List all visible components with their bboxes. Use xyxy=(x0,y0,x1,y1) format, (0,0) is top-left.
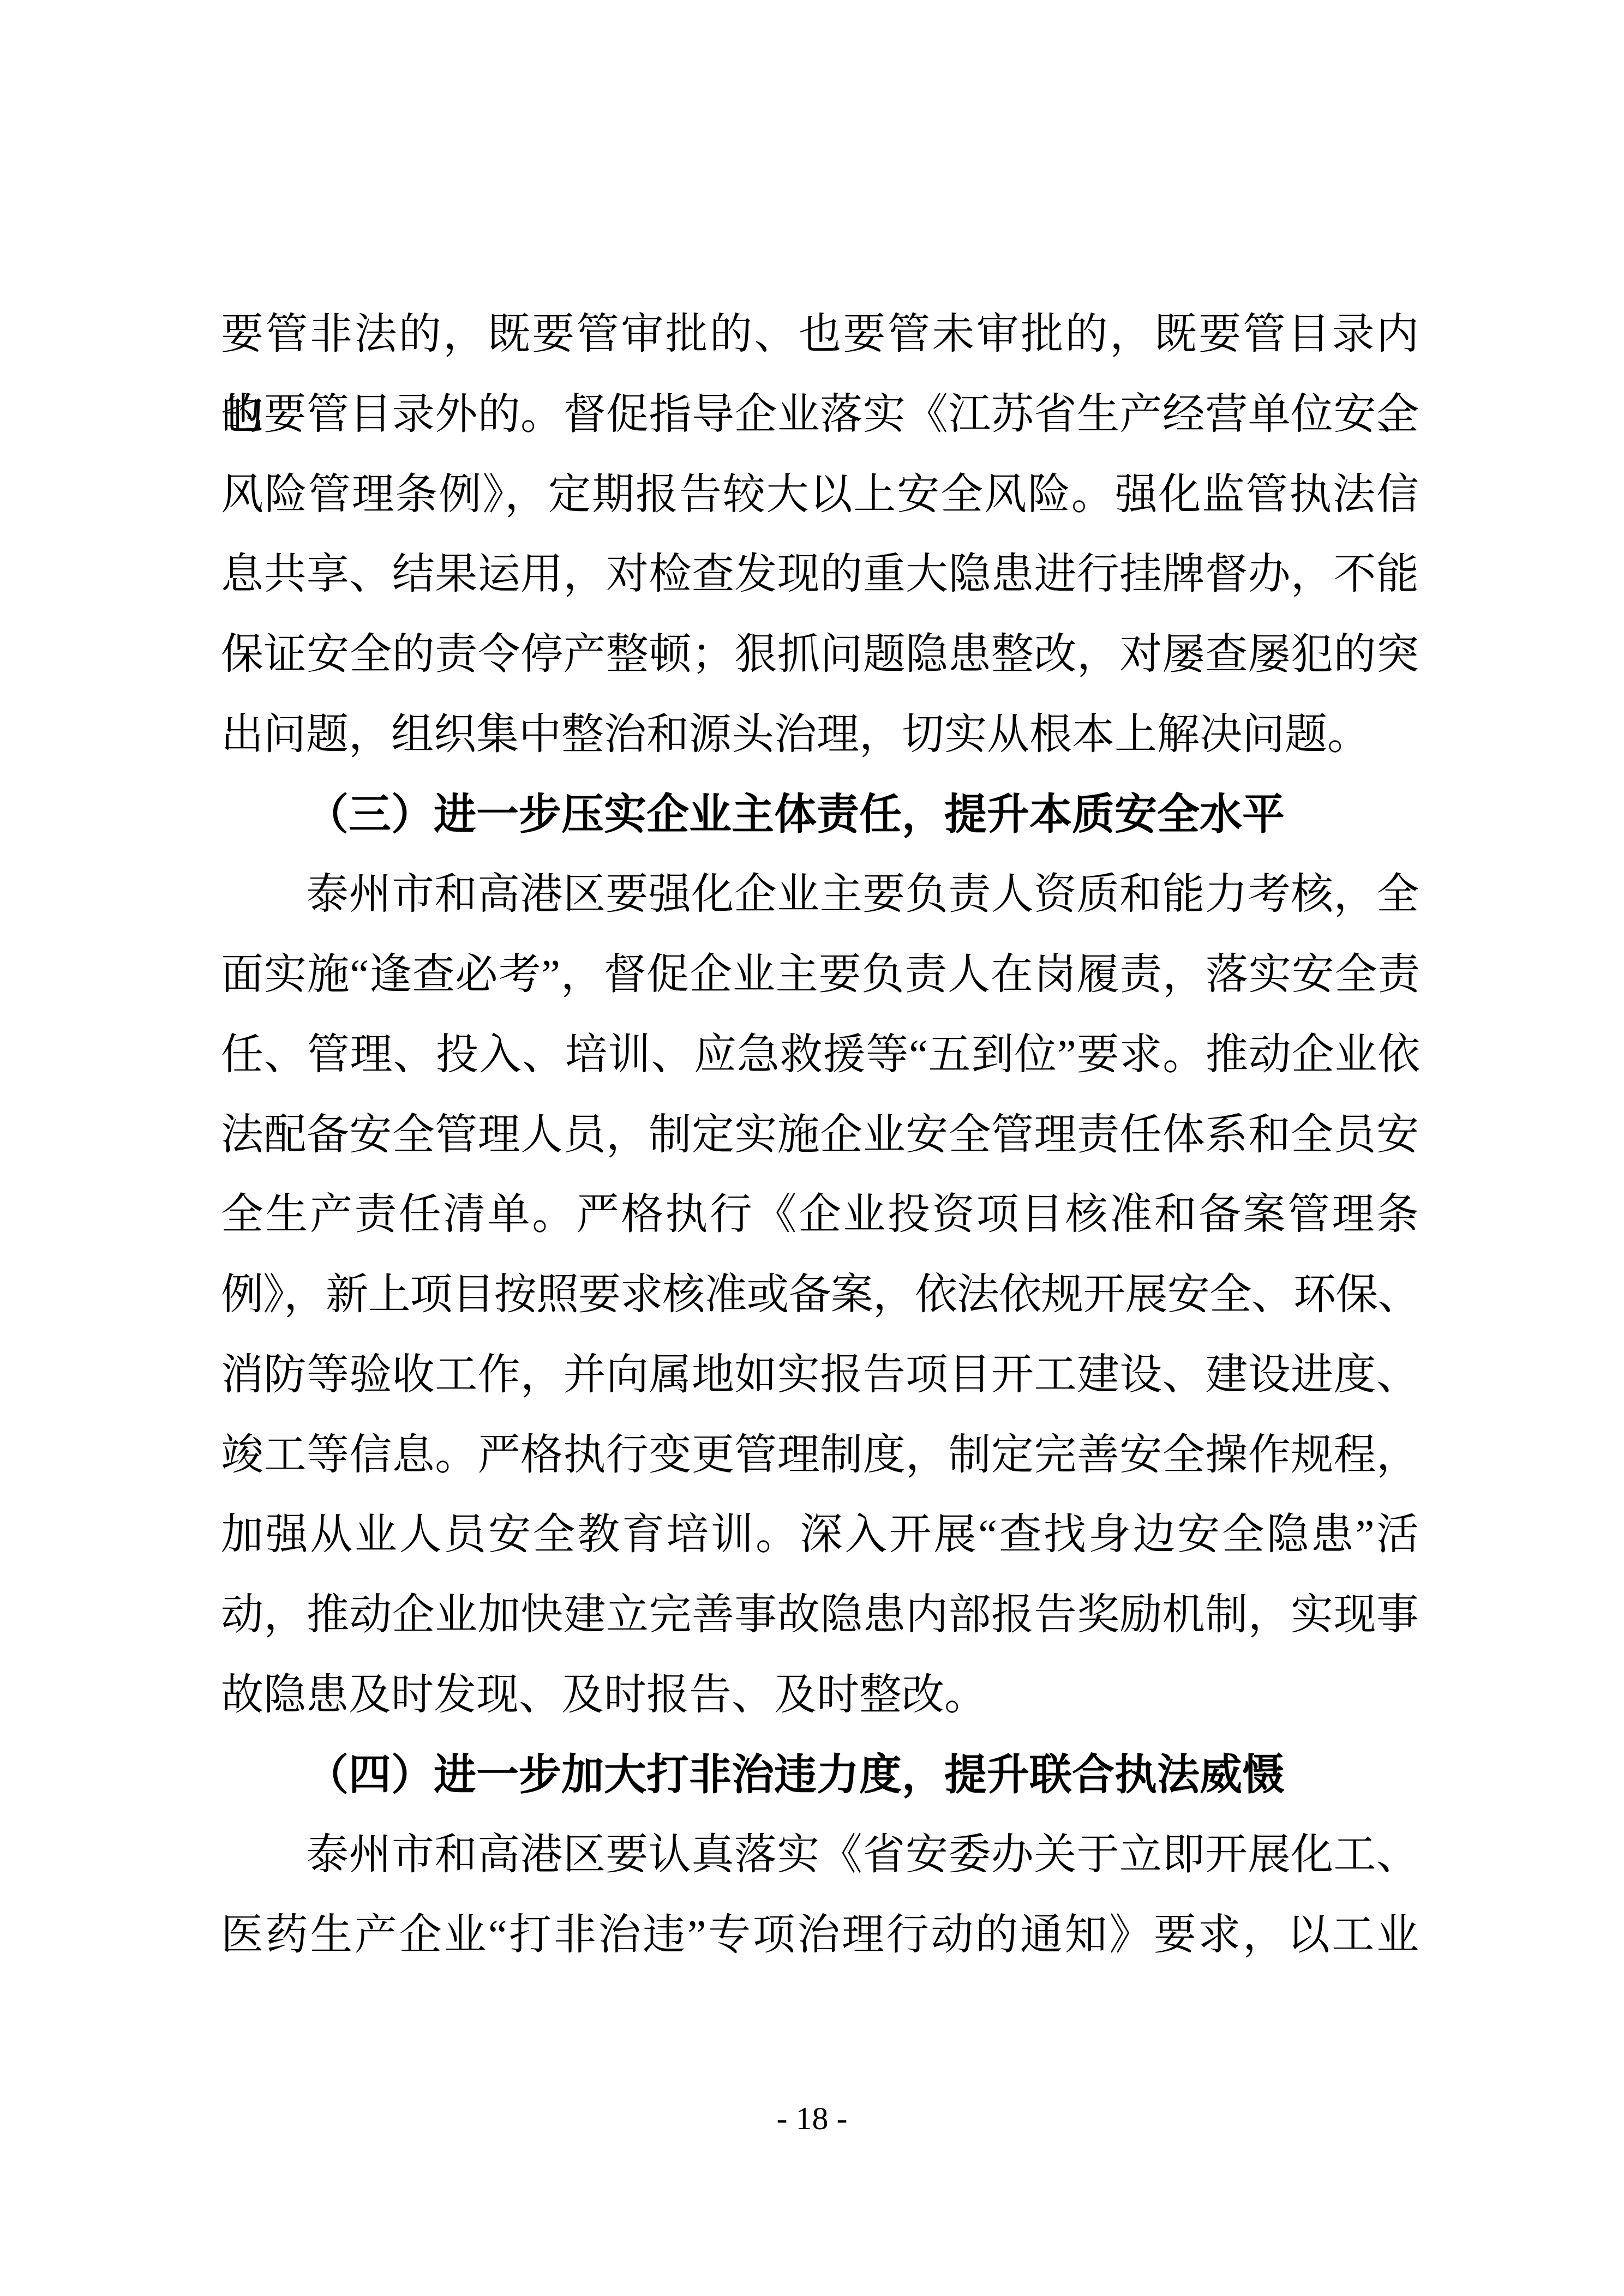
body-text-line: 泰州市和高港区要强化企业主要负责人资质和能力考核，全 xyxy=(221,855,1419,935)
body-text-line: 竣工等信息。严格执行变更管理制度，制定完善安全操作规程， xyxy=(221,1415,1419,1495)
body-text-line: 全生产责任清单。严格执行《企业投资项目核准和备案管理条 xyxy=(221,1175,1419,1255)
body-text-line: 息共享、结果运用，对检查发现的重大隐患进行挂牌督办，不能 xyxy=(221,534,1419,615)
body-text-line: 任、管理、投入、培训、应急救援等“五到位”要求。推动企业依 xyxy=(221,1015,1419,1095)
body-text-line: 法配备安全管理人员，制定实施企业安全管理责任体系和全员安 xyxy=(221,1095,1419,1175)
body-text-line: 动，推动企业加快建立完善事故隐患内部报告奖励机制，实现事 xyxy=(221,1575,1419,1655)
document-page: 要管非法的，既要管审批的、也要管未审批的，既要管目录内的、 也要管目录外的。督促… xyxy=(0,0,1624,2296)
body-text-line: 故隐患及时发现、及时报告、及时整改。 xyxy=(221,1655,1419,1735)
page-number: - 18 - xyxy=(0,2099,1624,2138)
body-text-line: 出问题，组织集中整治和源头治理，切实从根本上解决问题。 xyxy=(221,695,1419,775)
body-text-line: 泰州市和高港区要认真落实《省安委办关于立即开展化工、 xyxy=(221,1815,1419,1895)
document-text-block: 要管非法的，既要管审批的、也要管未审批的，既要管目录内的、 也要管目录外的。督促… xyxy=(221,294,1419,1975)
section-heading-four: （四）进一步加大打非治违力度，提升联合执法威慑 xyxy=(221,1735,1419,1816)
body-text-line: 医药生产企业“打非治违”专项治理行动的通知》要求，以工业 xyxy=(221,1895,1419,1975)
body-text-line: 也要管目录外的。督促指导企业落实《江苏省生产经营单位安全 xyxy=(221,375,1419,455)
body-text-line: 加强从业人员安全教育培训。深入开展“查找身边安全隐患”活 xyxy=(221,1495,1419,1575)
body-text-line: 例》，新上项目按照要求核准或备案，依法依规开展安全、环保、 xyxy=(221,1255,1419,1335)
body-text-line: 要管非法的，既要管审批的、也要管未审批的，既要管目录内的、 xyxy=(221,294,1419,375)
body-text-line: 保证安全的责令停产整顿；狠抓问题隐患整改，对屡查屡犯的突 xyxy=(221,615,1419,695)
body-text-line: 消防等验收工作，并向属地如实报告项目开工建设、建设进度、 xyxy=(221,1335,1419,1415)
section-heading-three: （三）进一步压实企业主体责任，提升本质安全水平 xyxy=(221,775,1419,855)
body-text-line: 面实施“逢查必考”，督促企业主要负责人在岗履责，落实安全责 xyxy=(221,935,1419,1015)
body-text-line: 风险管理条例》，定期报告较大以上安全风险。强化监管执法信 xyxy=(221,455,1419,535)
